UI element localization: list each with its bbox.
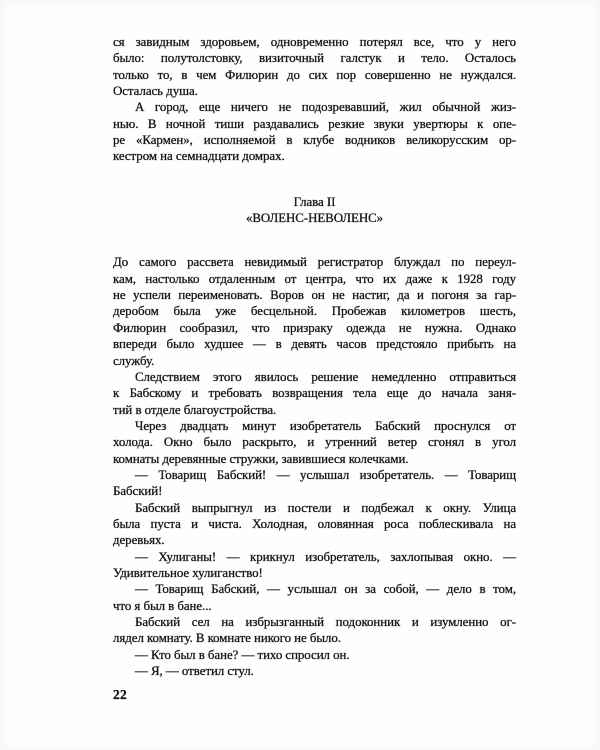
text-line: До самого рассвета невидимый регистратор… [113, 254, 516, 270]
text-line: деревьях. [113, 532, 516, 548]
text-line: кестром на семнадцати домрах. [113, 148, 516, 164]
text-line: Филюрин сообразил, что призраку одежда н… [113, 320, 516, 336]
text-line: — Я, — ответил стул. [113, 663, 516, 679]
paragraph: — Хулиганы! — крикнул изобретатель, захл… [113, 549, 516, 582]
paragraph: — Кто был в бане? — тихо спросил он. [113, 647, 516, 663]
paragraph: — Товарищ Бабский! — услышал изобретател… [113, 467, 516, 500]
paragraph: — Товарищ Бабский, — услышал он за собой… [113, 581, 516, 614]
text-line: службу. [113, 353, 516, 369]
paragraph: — Я, — ответил стул. [113, 663, 516, 679]
text-line: тий в отделе благоустройства. [113, 402, 516, 418]
paragraph: Бабский сел на избрызганный подоконник и… [113, 614, 516, 647]
text-line: ся завидным здоровьем, одновременно поте… [113, 34, 516, 50]
text-line: — Хулиганы! — крикнул изобретатель, захл… [113, 549, 516, 565]
text-line: холода. Окно было раскрыто, и утренний в… [113, 434, 516, 450]
text-line: только то, в чем Филюрин до сих пор сове… [113, 67, 516, 83]
book-page: ся завидным здоровьем, одновременно поте… [0, 0, 600, 750]
text-block: ся завидным здоровьем, одновременно поте… [113, 34, 516, 679]
chapter-title: Глава II [113, 194, 516, 210]
text-line: что я был в бане... [113, 598, 516, 614]
text-line: Осталась душа. [113, 83, 516, 99]
text-line: Бабский выпрыгнул из постели и подбежал … [113, 500, 516, 516]
text-line: нью. В ночной тиши раздавались резкие зв… [113, 116, 516, 132]
text-line: было: полутолстовку, визиточный галстук … [113, 50, 516, 66]
text-line: Через двадцать минут изобретатель Бабски… [113, 418, 516, 434]
text-line: к Бабскому и требовать возвращения тела … [113, 385, 516, 401]
text-line: Следствием этого явилось решение немедле… [113, 369, 516, 385]
chapter-subtitle: «ВОЛЕНС-НЕВОЛЕНС» [113, 210, 516, 226]
paragraph: ся завидным здоровьем, одновременно поте… [113, 34, 516, 99]
text-line: Бабский сел на избрызганный подоконник и… [113, 614, 516, 630]
text-line: лядел комнату. В комнате никого не было. [113, 630, 516, 646]
text-line: не успели переименовать. Воров он не нас… [113, 287, 516, 303]
text-line: А город, еще ничего не подозревавший, жи… [113, 99, 516, 115]
paragraph: А город, еще ничего не подозревавший, жи… [113, 99, 516, 164]
text-line: была пуста и чиста. Холодная, оловянная … [113, 516, 516, 532]
text-line: впереди было худшее — в девять часов пре… [113, 336, 516, 352]
text-line: кам, настолько отдаленным от центра, что… [113, 271, 516, 287]
text-line: ре «Кармен», исполняемой в клубе воднико… [113, 132, 516, 148]
text-line: — Товарищ Бабский! — услышал изобретател… [113, 467, 516, 483]
paragraph: До самого рассвета невидимый регистратор… [113, 254, 516, 368]
paragraph: Через двадцать минут изобретатель Бабски… [113, 418, 516, 467]
page-number: 22 [113, 687, 127, 703]
chapter-heading: Глава II«ВОЛЕНС-НЕВОЛЕНС» [113, 194, 516, 227]
text-line: — Кто был в бане? — тихо спросил он. [113, 647, 516, 663]
paragraph: Бабский выпрыгнул из постели и подбежал … [113, 500, 516, 549]
text-line: Удивительное хулиганство! [113, 565, 516, 581]
text-line: Бабский! [113, 483, 516, 499]
paragraph: Следствием этого явилось решение немедле… [113, 369, 516, 418]
text-line: деробом была уже бесцельной. Пробежав ки… [113, 303, 516, 319]
text-line: — Товарищ Бабский, — услышал он за собой… [113, 581, 516, 597]
text-line: комнаты деревянные стружки, завившиеся к… [113, 451, 516, 467]
